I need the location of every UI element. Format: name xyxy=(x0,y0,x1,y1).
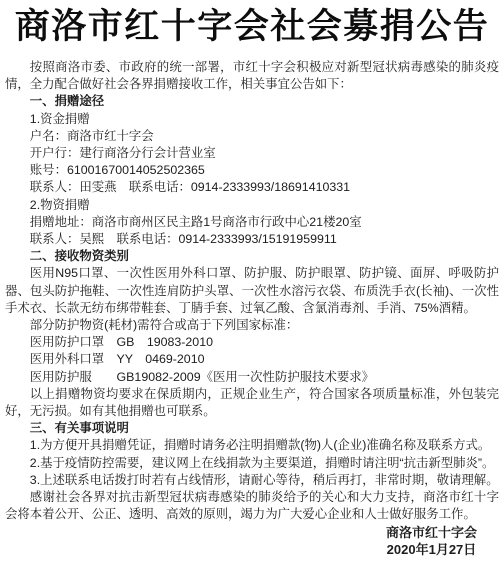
standard-row-protective-mask: 医用防护口罩 GB 19083-2010 xyxy=(5,334,499,351)
section-2-heading: 二、接收物资类别 xyxy=(5,248,499,265)
note-item-1: 1.为方便开具捐赠凭证，捐赠时请务必注明捐赠款(物)人(企业)准确名称及联系方式… xyxy=(5,437,499,454)
signature-block: 商洛市红十字会 2020年1月27日 xyxy=(386,525,477,559)
section-1-heading: 一、捐赠途径 xyxy=(5,93,499,110)
note-item-2: 2.基于疫情防控需要，建议网上在线捐款为主要渠道，捐赠时请注明“抗击新型肺炎”。 xyxy=(5,455,499,472)
standard-row-protective-suit: 医用防护服 GB19082-2009《医用一次性防护服技术要求》 xyxy=(5,369,499,386)
note-item-3: 3.上述联系电话拨打时若有占线情形，请耐心等待，稍后再打，非常时期，敬请理解。 xyxy=(5,472,499,489)
signature-org: 商洛市红十字会 xyxy=(386,525,477,542)
quality-note-paragraph: 以上捐赠物资均要求在保质期内，正规企业生产，符合国家各项质量标准，外包装完好，无… xyxy=(5,386,499,420)
supplies-list-paragraph: 医用N95口罩、一次性医用外科口罩、防护服、防护眼罩、防护镜、面屏、呼吸防护器、… xyxy=(5,265,499,317)
section-3-heading: 三、有关事项说明 xyxy=(5,420,499,437)
contact-line-cash: 联系人：田雯燕 联系电话：0914-2333993/18691410331 xyxy=(5,179,499,196)
standard-row-surgical-mask: 医用外科口罩 YY 0469-2010 xyxy=(5,351,499,368)
standards-intro-line: 部分防护物资(耗材)需符合或高于下列国家标准： xyxy=(5,317,499,334)
donation-address-line: 捐赠地址：商洛市商州区民主路1号商洛市行政中心21楼20室 xyxy=(5,214,499,231)
announcement-document: 商洛市红十字会社会募捐公告 按照商洛市委、市政府的统一部署，市红十字会积极应对新… xyxy=(0,0,504,574)
page-title: 商洛市红十字会社会募捐公告 xyxy=(5,3,499,50)
account-number-line: 账号：61001670014052502365 xyxy=(5,162,499,179)
thanks-paragraph: 感谢社会各界对抗击新型冠状病毒感染的肺炎给予的关心和大力支持，商洛市红十字会将本… xyxy=(5,489,499,523)
goods-donation-item: 2.物资捐赠 xyxy=(5,197,499,214)
intro-paragraph: 按照商洛市委、市政府的统一部署，市红十字会积极应对新型冠状病毒感染的肺炎疫情，全… xyxy=(5,59,499,93)
cash-donation-item: 1.资金捐赠 xyxy=(5,111,499,128)
bank-line: 开户行：建行商洛分行会计营业室 xyxy=(5,145,499,162)
account-name-line: 户名：商洛市红十字会 xyxy=(5,128,499,145)
contact-line-goods: 联系人：吴熙 联系电话：0914-2333993/15191959911 xyxy=(5,231,499,248)
signature-date: 2020年1月27日 xyxy=(386,542,477,559)
